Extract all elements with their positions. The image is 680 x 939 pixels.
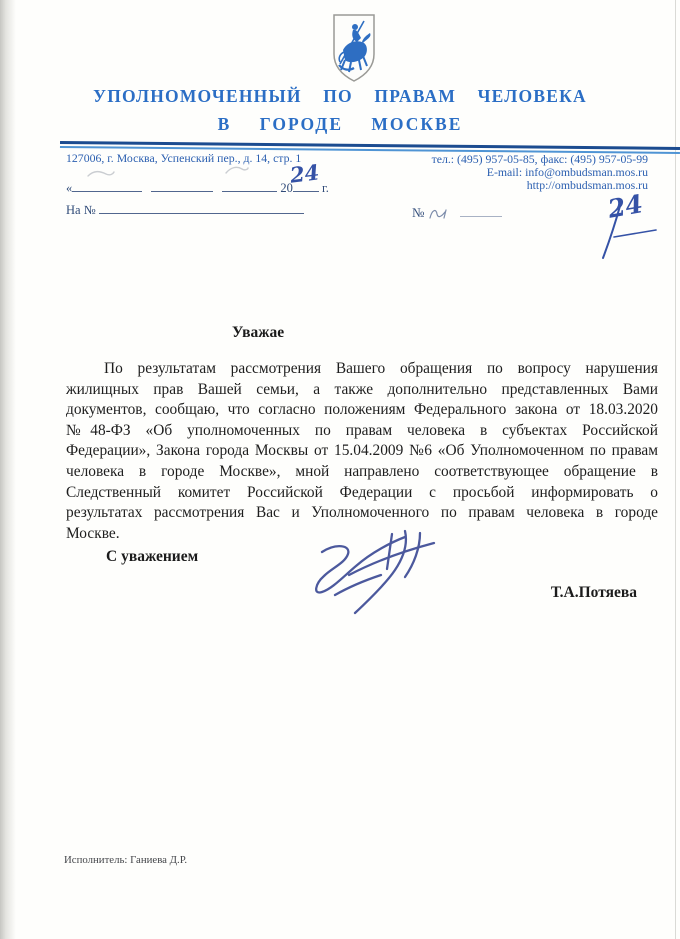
closing-phrase: С уважением: [106, 548, 198, 566]
scan-edge-shadow-right: [675, 0, 677, 939]
date-blank-line: [151, 180, 213, 192]
date-blank-line: [72, 180, 142, 192]
incoming-number-blank-line: [99, 202, 304, 214]
incoming-number-label: На №: [66, 203, 96, 217]
date-year-suffix: г.: [322, 181, 329, 195]
org-title-line2: В ГОРОДЕ МОСКВЕ: [0, 114, 680, 135]
moscow-coat-of-arms-icon: [330, 12, 378, 84]
org-title: УПОЛНОМОЧЕННЫЙ ПО ПРАВАМ ЧЕЛОВЕКА В ГОРО…: [0, 86, 680, 135]
executor-line: Исполнитель: Ганиева Д.Р.: [64, 854, 187, 866]
pencil-mark-icon: [86, 168, 116, 180]
date-line: « 2024 г.: [66, 179, 329, 196]
salutation: Уважае: [232, 324, 284, 342]
pencil-mark-icon: [224, 164, 250, 176]
incoming-number-line: На №: [66, 202, 304, 218]
date-blank-line: [222, 180, 277, 192]
date-year-slot: 24: [293, 179, 319, 192]
org-title-line1: УПОЛНОМОЧЕННЫЙ ПО ПРАВАМ ЧЕЛОВЕКА: [0, 86, 680, 107]
handwritten-signature-icon: [292, 524, 457, 619]
scan-edge-shadow-left: [0, 0, 16, 939]
outgoing-number-blank-line: [460, 207, 502, 217]
outgoing-number-label: №: [412, 205, 424, 220]
handwritten-outgoing-number: 24: [598, 192, 673, 267]
org-website: http://ombudsman.mos.ru: [432, 179, 648, 192]
handwritten-squiggle-icon: [428, 206, 454, 222]
scanned-letter-page: УПОЛНОМОЧЕННЫЙ ПО ПРАВАМ ЧЕЛОВЕКА В ГОРО…: [0, 0, 680, 939]
signer-name: Т.А.Потяева: [455, 584, 637, 602]
org-address: 127006, г. Москва, Успенский пер., д. 14…: [66, 151, 301, 166]
outgoing-number-line: №: [412, 205, 502, 222]
org-contacts: тел.: (495) 957-05-85, факс: (495) 957-0…: [432, 153, 648, 193]
handwritten-outgoing-number-text: 24: [606, 189, 645, 224]
letter-body-paragraph: По результатам рассмотрения Вашего обращ…: [66, 359, 658, 544]
handwritten-year: 24: [289, 162, 320, 185]
